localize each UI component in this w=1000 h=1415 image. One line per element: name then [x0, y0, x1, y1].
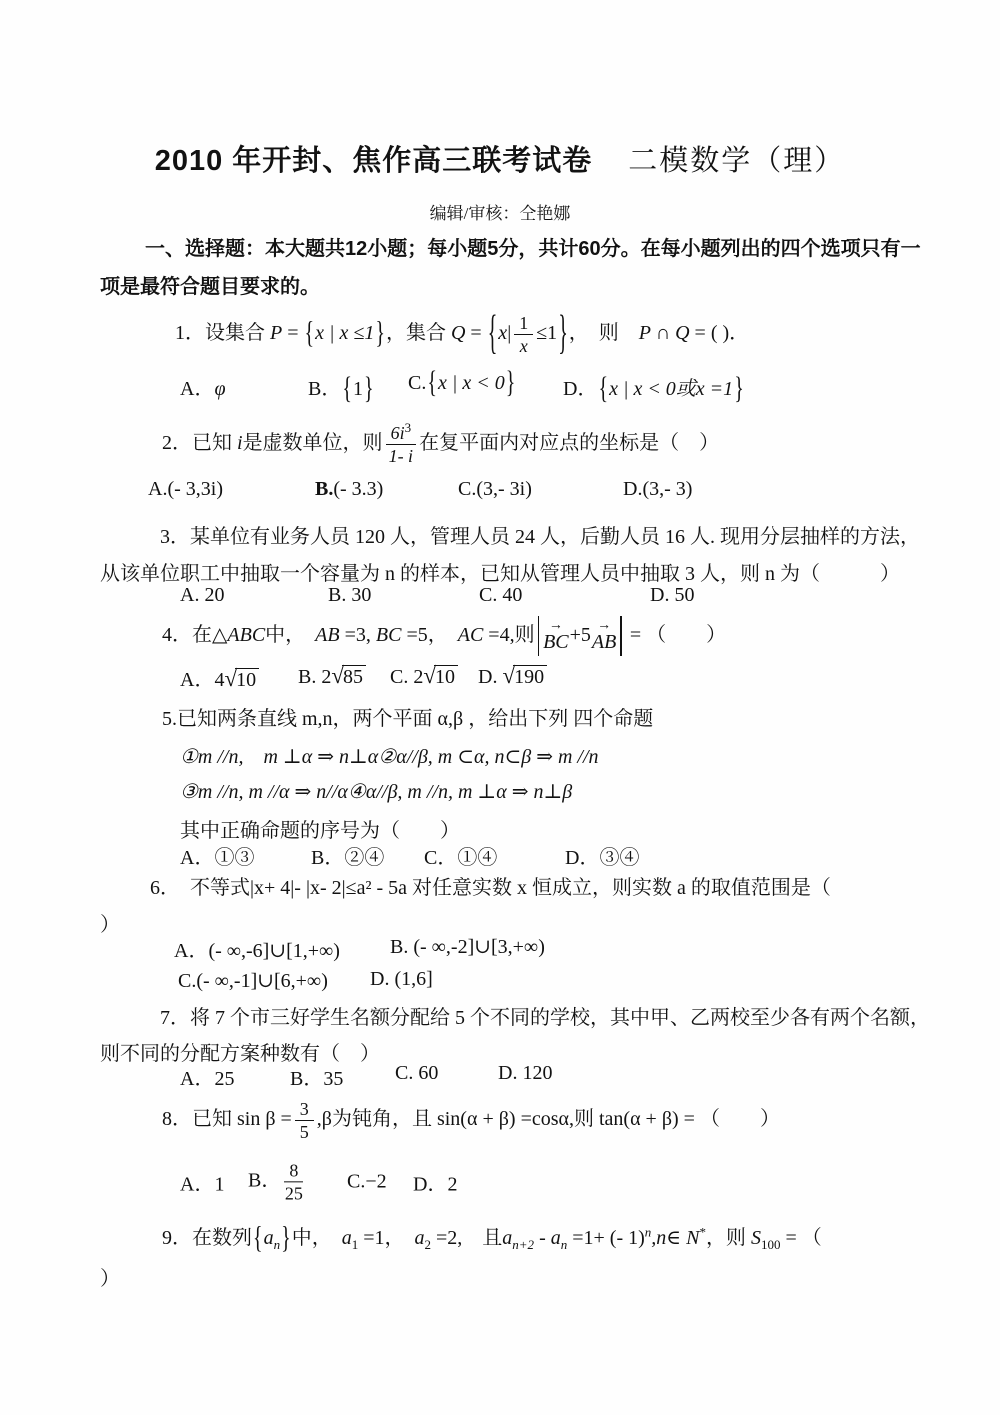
- question-5-line4: 其中正确命题的序号为（ ）: [180, 814, 460, 843]
- q4-val: =4,则: [483, 624, 534, 646]
- title-main: 2010 年开封、焦作高三联考试卷: [155, 145, 593, 177]
- question-6-options-row2: C.(- ∞,-1]∪[6,+∞) D. (1,6]: [0, 968, 1000, 998]
- option-coef: 2: [321, 666, 331, 688]
- question-2-stem: 2．已知 i是虚数单位，则6i31- i在复平面内对应点的坐标是（ ）: [162, 412, 719, 474]
- q4-var-AB: AB: [315, 624, 339, 646]
- q4-text: 4．在△: [162, 624, 227, 646]
- q1-text: ，集合: [386, 322, 451, 344]
- title-sub: 二模数学（理）: [628, 145, 845, 177]
- radicand: 85: [342, 665, 366, 689]
- question-6-line1: 6． 不等式|x+ 4|- |x- 2|≤a² - 5a 对任意实数 x 恒成立…: [150, 871, 831, 900]
- right-brace: }: [363, 372, 375, 408]
- q5-option-B: B．②④: [311, 841, 384, 870]
- section-intro-line2: 项是最符合题目要求的。: [100, 270, 320, 299]
- fraction-6i3-over-1-i: 6i31- i: [386, 423, 417, 466]
- right-brace: }: [733, 372, 745, 408]
- option-value: 1: [353, 378, 363, 400]
- sqrt-expression: √10: [423, 666, 458, 688]
- fraction-denominator: 1- i: [386, 445, 417, 466]
- section-intro-line1: 一、选择题：本大题共12小题；每小题5分，共计60分。在每小题列出的四个选项只有…: [145, 232, 921, 261]
- exam-document-page: 2010 年开封、焦作高三联考试卷二模数学（理） 编辑/审核：仝艳娜 一、选择题…: [0, 0, 1000, 1415]
- question-8-stem: 8．已知 sin β =35,β为钝角，且 sin(α + β) =cosα,则…: [162, 1088, 780, 1150]
- q6-option-A: A．(- ∞,-6]∪[1,+∞): [174, 934, 340, 963]
- q4-plus: +5: [570, 624, 591, 646]
- q9-val: =1+ (- 1): [567, 1227, 645, 1249]
- q5-option-A: A．①③: [180, 841, 254, 870]
- fraction-denominator: 5: [295, 1121, 314, 1142]
- q8-option-A: A．1: [180, 1168, 224, 1197]
- q7-option-B: B．35: [290, 1062, 343, 1091]
- q7-option-D: D. 120: [498, 1062, 552, 1085]
- fraction-numerator: 8: [284, 1160, 303, 1182]
- page-title: 2010 年开封、焦作高三联考试卷二模数学（理）: [0, 138, 1000, 179]
- q9-text: = （: [780, 1227, 821, 1249]
- question-9-stem: 9．在数列{an}中， a1 =1， a2 =2, 且an+2 - an =1+…: [162, 1216, 822, 1260]
- q5-option-D: D．③④: [565, 841, 639, 870]
- left-brace: {: [304, 288, 316, 378]
- q2-option-C: C.(3,- 3i): [458, 478, 532, 501]
- sqrt-expression: √10: [224, 669, 259, 691]
- q4-option-A: A．4√10: [180, 663, 259, 692]
- q4-triangle-ABC: ABC: [227, 624, 265, 646]
- option-value: φ: [214, 378, 225, 400]
- option-label: D．: [563, 378, 597, 400]
- question-3-line2: 从该单位职工中抽取一个容量为 n 的样本，已知从管理人员中抽取 3 人，则 n …: [100, 557, 900, 586]
- q9-S: S: [751, 1227, 761, 1249]
- q9-text: ，则: [706, 1227, 751, 1249]
- q1-var-P: P: [270, 322, 282, 344]
- q9-text: ,n∈ N: [651, 1227, 699, 1249]
- q1-option-C: C.{x | x < 0}: [408, 372, 516, 395]
- question-5-prop-3-4: ③m //n, m //α ⇒ n//α④α//β, m //n, m ⊥α ⇒…: [180, 779, 572, 804]
- q9-text: 9．在数列: [162, 1227, 252, 1249]
- option-coef: 2: [413, 666, 423, 688]
- q1-set2-x: x: [498, 322, 507, 344]
- right-brace: }: [374, 288, 386, 378]
- q9-an2: a: [502, 1227, 512, 1249]
- q3-option-A: A. 20: [180, 584, 224, 607]
- fraction-numerator: 1: [514, 313, 533, 335]
- q5-option-C: C．①④: [424, 841, 497, 870]
- question-9-line2: ）: [100, 1262, 120, 1291]
- q4-text: = （ ）: [625, 624, 726, 646]
- q1-eq: =: [465, 322, 486, 344]
- q1-var-Q: Q: [451, 322, 465, 344]
- vector-AB: →AB: [592, 621, 616, 652]
- q1-option-A: A．φ: [180, 372, 226, 401]
- numerator-exponent: 3: [405, 420, 412, 435]
- fraction-1-over-x: 1x: [514, 313, 533, 356]
- fraction-3-over-5: 35: [295, 1099, 314, 1142]
- q8-option-C: C.−2: [347, 1171, 387, 1194]
- q3-option-D: D. 50: [650, 584, 694, 607]
- q1-option-B: B．{1}: [308, 372, 375, 401]
- option-value: x | x < 0: [438, 372, 505, 394]
- option-value: x | x < 0或x =1: [609, 378, 733, 400]
- q2-text: 在复平面内对应点的坐标是（ ）: [419, 432, 719, 454]
- fraction-8-over-25: 825: [284, 1160, 303, 1203]
- q1-text: ， 则: [569, 322, 639, 344]
- radicand: 190: [513, 665, 547, 689]
- q2-option-B: B.(- 3.3): [315, 478, 383, 501]
- q9-val: =1，: [358, 1227, 414, 1249]
- option-label: A．: [180, 378, 214, 400]
- q3-option-C: C. 40: [479, 584, 522, 607]
- q1-set1: x | x ≤1: [315, 322, 374, 344]
- question-5-prop-1-2: ①m //n, m ⊥α ⇒ n⊥α②α//β, m ⊂α, n⊂β ⇒ m /…: [180, 740, 599, 769]
- q7-option-C: C. 60: [395, 1062, 438, 1085]
- option-label: D.: [623, 478, 642, 500]
- q8-option-D: D．2: [413, 1168, 457, 1197]
- q4-val: =3,: [340, 624, 376, 646]
- option-label: D.: [478, 666, 502, 688]
- left-brace: {: [341, 372, 353, 408]
- option-label: B．: [248, 1170, 281, 1192]
- option-label: A．: [180, 669, 214, 691]
- q2-text: 是虚数单位，则: [243, 432, 383, 454]
- q1-text: = ( )．: [690, 322, 750, 344]
- q1-option-D: D．{x | x < 0或x =1}: [563, 372, 745, 401]
- q4-val: =5，: [401, 624, 457, 646]
- q9-an2-sub: n+2: [512, 1237, 534, 1252]
- left-brace: {: [252, 1204, 264, 1272]
- q9-a2: a: [415, 1227, 425, 1249]
- q4-var-BC: BC: [376, 624, 402, 646]
- q9-val: =2, 且: [431, 1227, 502, 1249]
- fraction-denominator: x: [514, 335, 533, 356]
- question-7-line1: 7．将 7 个市三好学生名额分配给 5 个不同的学校，其中甲、乙两校至少各有两个…: [160, 1001, 930, 1030]
- q1-rel: ≤1: [536, 322, 557, 344]
- radicand: 10: [434, 665, 458, 689]
- fraction-numerator: 6i3: [386, 423, 417, 445]
- fraction-denominator: 25: [284, 1183, 303, 1204]
- sqrt-expression: √190: [502, 666, 547, 688]
- q1-P-cap-Q: P ∩ Q: [639, 322, 690, 344]
- option-coef: 4: [214, 669, 224, 691]
- q4-text: 中，: [265, 624, 315, 646]
- q1-eq: =: [282, 322, 303, 344]
- q6-option-D: D. (1,6]: [370, 968, 433, 991]
- option-value: (- 3.3): [333, 478, 383, 500]
- q2-option-A: A.(- 3,3i): [148, 478, 223, 501]
- question-3-line1: 3．某单位有业务人员 120 人，管理人员 24 人，后勤人员 16 人. 现用…: [160, 520, 920, 549]
- option-value: (- 3,3i): [167, 478, 223, 500]
- right-brace: }: [505, 366, 517, 402]
- q3-option-B: B. 30: [328, 584, 371, 607]
- q8-text: ,β为钝角，且 sin(α + β) =cosα,则 tan(α + β) = …: [317, 1108, 780, 1130]
- q2-text: 2．已知: [162, 432, 237, 454]
- numerator-base: 6i: [391, 423, 405, 443]
- q9-text: 中，: [292, 1227, 342, 1249]
- q8-text: 8．已知 sin β =: [162, 1108, 292, 1130]
- q8-option-B: B．825: [248, 1160, 306, 1203]
- abs-bar: [620, 616, 622, 656]
- right-brace: }: [280, 1204, 292, 1272]
- editor-line: 编辑/审核：仝艳娜: [0, 199, 1000, 224]
- option-label: A.: [148, 478, 167, 500]
- question-6-options-row1: A．(- ∞,-6]∪[1,+∞) B. (- ∞,-2]∪[3,+∞): [0, 934, 1000, 964]
- left-brace: {: [426, 366, 438, 402]
- question-2-options: A.(- 3,3i) B.(- 3.3) C.(3,- 3i) D.(3,- 3…: [0, 478, 1000, 508]
- option-label: B.: [298, 666, 321, 688]
- left-brace: {: [597, 372, 609, 408]
- q4-var-AC: AC: [458, 624, 484, 646]
- q9-S-sub: 100: [761, 1237, 781, 1252]
- option-label: C.: [458, 478, 476, 500]
- q6-option-C: C.(- ∞,-1]∪[6,+∞): [178, 968, 328, 993]
- q4-option-D: D. √190: [478, 663, 547, 689]
- sqrt-expression: √85: [331, 666, 366, 688]
- option-label: B．: [308, 378, 341, 400]
- option-label: C.: [408, 372, 426, 394]
- option-value: (3,- 3): [642, 478, 692, 500]
- question-6-line2: ）: [100, 908, 120, 937]
- q4-option-C: C. 2√10: [390, 663, 458, 689]
- q9-a1: a: [342, 1227, 352, 1249]
- vector-BC: →BC: [543, 621, 569, 652]
- option-label: B.: [315, 478, 333, 500]
- q9-seq-a: a: [264, 1227, 274, 1249]
- vector-base: BC: [543, 632, 569, 652]
- question-1-stem: 1．设集合 P = {x | x ≤1}，集合 Q = {x|1x≤1}， 则 …: [175, 304, 749, 362]
- set-bar: |: [507, 322, 511, 344]
- question-1-options: A．φ B．{1} C.{x | x < 0} D．{x | x < 0或x =…: [0, 372, 1000, 402]
- question-8-options: A．1 B．825 C.−2 D．2: [0, 1150, 1000, 1214]
- question-5-line1: 5.已知两条直线 m,n，两个平面 α,β ，给出下列 四个命题: [162, 702, 653, 731]
- q9-minus: -: [534, 1227, 551, 1249]
- option-label: C.: [390, 666, 413, 688]
- q2-option-D: D.(3,- 3): [623, 478, 692, 501]
- q6-option-B: B. (- ∞,-2]∪[3,+∞): [390, 934, 545, 959]
- question-4-options: A．4√10 B. 2√85 C. 2√10 D. √190: [0, 663, 1000, 693]
- option-value: (3,- 3i): [476, 478, 532, 500]
- radicand: 10: [235, 668, 259, 692]
- q4-option-B: B. 2√85: [298, 663, 366, 689]
- q9-an: a: [551, 1227, 561, 1249]
- q1-text: 1．设集合: [175, 322, 270, 344]
- vector-base: AB: [592, 632, 616, 652]
- question-4-stem: 4．在△ABC中， AB =3, BC =5， AC =4,则→BC+5→AB …: [162, 610, 726, 660]
- abs-bar: [538, 616, 540, 656]
- fraction-numerator: 3: [295, 1099, 314, 1121]
- question-5-options: A．①③ B．②④ C．①④ D．③④: [0, 841, 1000, 871]
- q7-option-A: A．25: [180, 1062, 234, 1091]
